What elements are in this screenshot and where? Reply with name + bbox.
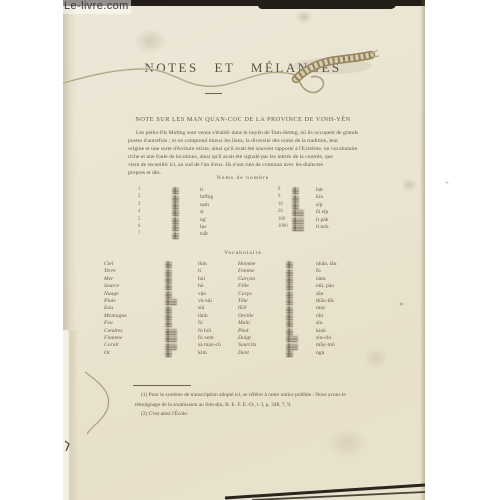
paragraph-line: Les petits-fils Mường sont venus s'établ… bbox=[128, 129, 368, 137]
word-romanization: ngà bbox=[316, 350, 337, 356]
numeral-romanization: lục bbox=[200, 224, 213, 230]
vocabulary-row: Dent ngà bbox=[238, 350, 337, 357]
french-word: Ciel bbox=[104, 261, 165, 267]
hanzi-glyph bbox=[172, 202, 179, 209]
hanzi-glyph bbox=[165, 313, 172, 320]
word-romanization: nhằn, tằu bbox=[316, 261, 337, 267]
hanzi-glyph bbox=[172, 209, 179, 216]
vocabulary-row: Fille nủi, pàu bbox=[238, 283, 337, 290]
numeral-value: 4 bbox=[138, 209, 172, 215]
word-romanization: mầy-mô bbox=[316, 342, 337, 348]
word-romanization: sủi bbox=[198, 305, 221, 311]
vocabulary-row: Pied kiọk bbox=[238, 328, 337, 335]
word-romanization: fó bbox=[198, 320, 221, 326]
numeral-romanization: ít tsín bbox=[316, 224, 329, 230]
word-romanization: kim bbox=[198, 350, 221, 356]
hanzi-glyph bbox=[172, 195, 179, 202]
vocabulary-row: Nuage vận bbox=[104, 291, 221, 298]
numeral-table-right: 8 bát 9 kíu 10 síp 20 ñì síp 100 bbox=[278, 187, 329, 231]
french-word: Homme bbox=[238, 261, 286, 267]
numerals-heading: Noms de nombre bbox=[83, 175, 403, 181]
vocabulary-row: Œil mục bbox=[238, 305, 337, 312]
hanzi-glyph bbox=[286, 261, 293, 268]
numeral-romanization: sị bbox=[200, 209, 213, 215]
numeral-value: 8 bbox=[278, 187, 292, 193]
hanzi-glyph bbox=[286, 343, 298, 350]
hanzi-glyph bbox=[286, 269, 293, 276]
paragraph-line: postes d'autrefois ; et on comprend mieu… bbox=[128, 137, 368, 145]
word-romanization: sà mạo-cô bbox=[198, 342, 221, 348]
hanzi-glyph bbox=[286, 335, 298, 342]
hanzi-glyph bbox=[292, 224, 304, 231]
scanned-book-page: NOTES ET MÉLANGES NOTE SUR LES MAN QUAN-… bbox=[63, 0, 425, 500]
numeral-row: 20 ñì síp bbox=[278, 209, 329, 216]
article-subtitle: NOTE SUR LES MAN QUAN-COC DE LA PROVINCE… bbox=[93, 116, 393, 123]
hanzi-glyph bbox=[165, 276, 172, 283]
numeral-romanization: bát bbox=[316, 187, 329, 193]
hanzi-glyph bbox=[286, 313, 293, 320]
vocabulary-row: Pluie vù-sủi bbox=[104, 298, 221, 305]
numeral-value: 100 bbox=[278, 217, 292, 223]
vocabulary-row: Corps sần bbox=[238, 291, 337, 298]
word-romanization: thin bbox=[198, 261, 221, 267]
numeral-table-left: 1 ít 2 lưỡng 3 sạm 4 sị 5 bbox=[138, 187, 213, 239]
vocabulary-row: Homme nhằn, tằu bbox=[238, 261, 337, 268]
numeral-romanization: síp bbox=[316, 202, 329, 208]
french-word: Doigt bbox=[238, 335, 286, 341]
hanzi-glyph bbox=[172, 232, 179, 239]
vocabulary-row: Tête thầu-lốc bbox=[238, 298, 337, 305]
vocabulary-heading: Vocabulaire bbox=[83, 250, 403, 256]
french-word: Corps bbox=[238, 291, 286, 297]
hanzi-glyph bbox=[165, 350, 172, 357]
footnotes: (1) Pour le système de transcription ado… bbox=[135, 391, 375, 420]
numeral-row: 2 lưỡng bbox=[138, 194, 213, 201]
french-word: Corail bbox=[104, 342, 165, 348]
numeral-row: 5 ng̊ bbox=[138, 217, 213, 224]
hanzi-glyph bbox=[165, 306, 172, 313]
hanzi-glyph bbox=[292, 195, 299, 202]
numeral-romanization: kíu bbox=[316, 194, 329, 200]
word-romanization: nủi, pàu bbox=[316, 283, 337, 289]
numeral-value: 9 bbox=[278, 194, 292, 200]
french-word: Terre bbox=[104, 268, 165, 274]
french-word: Pied bbox=[238, 328, 286, 334]
paragraph-line: riche et une foule de locutions, ainsi q… bbox=[128, 153, 368, 161]
numeral-romanization: ñì síp bbox=[316, 209, 329, 215]
word-romanization: vận bbox=[198, 291, 221, 297]
numeral-value: 5 bbox=[138, 217, 172, 223]
vocabulary-row: Corail sà mạo-cô bbox=[104, 342, 221, 349]
paragraph-line: origine et une sorte d'écriture mixte, a… bbox=[128, 145, 368, 153]
word-romanization: thầu-lốc bbox=[316, 298, 337, 304]
numeral-value: 6 bbox=[138, 224, 172, 230]
numeral-romanization: lưỡng bbox=[200, 194, 213, 200]
french-word: Tête bbox=[238, 298, 286, 304]
vocabulary-row: Source hò bbox=[104, 283, 221, 290]
vocabulary-row: Or kim bbox=[104, 350, 221, 357]
french-word: Fille bbox=[238, 283, 286, 289]
paragraph-line: vient de recueillir ici, au sud de l'un … bbox=[128, 161, 368, 169]
french-word: Nuage bbox=[104, 291, 165, 297]
hanzi-glyph bbox=[165, 291, 172, 298]
hanzi-glyph bbox=[292, 209, 304, 216]
french-word: Or bbox=[104, 350, 165, 356]
french-word: Sourcils bbox=[238, 342, 286, 348]
french-word: Garçon bbox=[238, 276, 286, 282]
vocabulary-row: Oreille nhì bbox=[238, 313, 337, 320]
numeral-value: 7 bbox=[138, 231, 172, 237]
numeral-row: 1 ít bbox=[138, 187, 213, 194]
vocabulary-row: Sourcils mầy-mô bbox=[238, 342, 337, 349]
word-romanization: sỉu-chỉ bbox=[316, 335, 337, 341]
hanzi-glyph bbox=[292, 202, 299, 209]
numeral-romanization: sạm bbox=[200, 202, 213, 208]
french-word: Oreille bbox=[238, 313, 286, 319]
footnote-separator-rule bbox=[133, 385, 191, 386]
french-word: Feu bbox=[104, 320, 165, 326]
word-romanization: sỉu bbox=[316, 320, 337, 326]
french-word: Main bbox=[238, 320, 286, 326]
hanzi-glyph bbox=[165, 298, 177, 305]
numeral-row: 100 ít pák bbox=[278, 217, 329, 224]
word-romanization: nhì bbox=[316, 313, 337, 319]
bookseller-product-photo: NOTES ET MÉLANGES NOTE SUR LES MAN QUAN-… bbox=[0, 0, 500, 500]
hanzi-glyph bbox=[286, 306, 293, 313]
intro-paragraph: Les petits-fils Mường sont venus s'établ… bbox=[128, 129, 368, 177]
numeral-value: 3 bbox=[138, 202, 172, 208]
vocabulary-row: Main sỉu bbox=[238, 320, 337, 327]
numeral-row: 3 sạm bbox=[138, 202, 213, 209]
word-romanization: hói bbox=[198, 276, 221, 282]
french-word: Œil bbox=[238, 305, 286, 311]
hanzi-glyph bbox=[172, 217, 179, 224]
french-word: Eau bbox=[104, 305, 165, 311]
french-word: Dent bbox=[238, 350, 286, 356]
word-romanization: fó xẹm bbox=[198, 335, 221, 341]
hanzi-glyph bbox=[172, 187, 179, 194]
numeral-value: 1000 bbox=[278, 224, 292, 230]
numeral-row: 8 bát bbox=[278, 187, 329, 194]
vocabulary-table-right: Homme nhằn, tằu Femme fù Garçon nàm Fill… bbox=[238, 261, 337, 357]
printed-page-content: NOTES ET MÉLANGES NOTE SUR LES MAN QUAN-… bbox=[63, 0, 425, 500]
photo-dust-speck bbox=[445, 181, 449, 184]
word-romanization: vù-sủi bbox=[198, 298, 221, 304]
hanzi-glyph bbox=[286, 350, 293, 357]
numeral-romanization: ng̊ bbox=[200, 217, 213, 223]
word-romanization: fó hòi bbox=[198, 328, 221, 334]
hanzi-glyph bbox=[165, 335, 177, 342]
hanzi-glyph bbox=[165, 269, 172, 276]
vocabulary-row: Feu fó bbox=[104, 320, 221, 327]
french-word: Pluie bbox=[104, 298, 165, 304]
french-word: Flamme bbox=[104, 335, 165, 341]
hanzi-glyph bbox=[172, 224, 179, 231]
word-romanization: kiọk bbox=[316, 328, 337, 334]
hanzi-glyph bbox=[292, 217, 304, 224]
hanzi-glyph bbox=[165, 320, 172, 327]
numeral-row: 4 sị bbox=[138, 209, 213, 216]
vocabulary-row: Ciel thin bbox=[104, 261, 221, 268]
hanzi-glyph bbox=[292, 187, 299, 194]
vocabulary-row: Mer hói bbox=[104, 276, 221, 283]
french-word: Montagne bbox=[104, 313, 165, 319]
french-word: Cendres bbox=[104, 328, 165, 334]
footnote-line: (1) Pour le système de transcription ado… bbox=[135, 391, 375, 401]
numeral-value: 2 bbox=[138, 194, 172, 200]
page-title: NOTES ET MÉLANGES bbox=[98, 60, 388, 76]
numeral-value: 1 bbox=[138, 187, 172, 193]
hanzi-glyph bbox=[286, 276, 293, 283]
hanzi-glyph bbox=[286, 320, 293, 327]
numeral-row: 1000 ít tsín bbox=[278, 224, 329, 231]
french-word: Source bbox=[104, 283, 165, 289]
word-romanization: sần bbox=[316, 291, 337, 297]
vocabulary-row: Femme fù bbox=[238, 268, 337, 275]
numeral-romanization: ít pák bbox=[316, 217, 329, 223]
hanzi-glyph bbox=[165, 343, 177, 350]
word-romanization: hò bbox=[198, 283, 221, 289]
numeral-value: 20 bbox=[278, 209, 292, 215]
word-romanization: tì bbox=[198, 268, 221, 274]
vocabulary-row: Cendres fó hòi bbox=[104, 328, 221, 335]
word-romanization: mục bbox=[316, 305, 337, 311]
word-romanization: nàm bbox=[316, 276, 337, 282]
word-romanization: lảnh bbox=[198, 313, 221, 319]
hanzi-glyph bbox=[286, 328, 293, 335]
vocabulary-row: Garçon nàm bbox=[238, 276, 337, 283]
footnote-line: témoignage de la soumission au Sơn-dịu, … bbox=[135, 401, 375, 411]
vocabulary-row: Terre tì bbox=[104, 268, 221, 275]
hanzi-glyph bbox=[165, 283, 172, 290]
numeral-value: 10 bbox=[278, 202, 292, 208]
hanzi-glyph bbox=[165, 328, 177, 335]
vocabulary-table-left: Ciel thin Terre tì Mer hói Source hò Nua bbox=[104, 261, 221, 357]
numeral-row: 10 síp bbox=[278, 202, 329, 209]
title-separator-dash bbox=[205, 93, 222, 94]
french-word: Mer bbox=[104, 276, 165, 282]
word-romanization: fù bbox=[316, 268, 337, 274]
numeral-row: 7 tsất bbox=[138, 231, 213, 238]
vocabulary-row: Flamme fó xẹm bbox=[104, 335, 221, 342]
vocabulary-row: Eau sủi bbox=[104, 305, 221, 312]
numeral-romanization: tsất bbox=[200, 231, 213, 237]
hanzi-glyph bbox=[286, 283, 293, 290]
footnote-line: (2) C'est ainsi l'École. bbox=[135, 410, 375, 420]
vocabulary-row: Montagne lảnh bbox=[104, 313, 221, 320]
hanzi-glyph bbox=[165, 261, 172, 268]
hanzi-glyph bbox=[286, 291, 293, 298]
numeral-row: 9 kíu bbox=[278, 194, 329, 201]
hanzi-glyph bbox=[286, 298, 293, 305]
french-word: Femme bbox=[238, 268, 286, 274]
site-watermark: Le-livre.com bbox=[63, 0, 131, 14]
numeral-romanization: ít bbox=[200, 187, 213, 193]
